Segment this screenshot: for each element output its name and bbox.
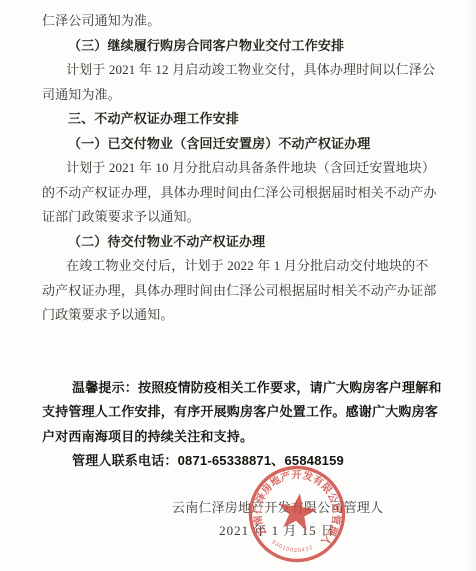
signature-date: 2021 年 1 月 15 日 bbox=[172, 519, 382, 543]
body-line: 动产权证办理，具体办理时间由仁泽公司根据届时相关不动产办证部 bbox=[42, 279, 438, 304]
section-heading-2: （二）待交付物业不动产权证办理 bbox=[42, 230, 438, 255]
signature-block: 云南仁泽房地产开发有限公司管理人 2021 年 1 月 15 日 bbox=[172, 497, 382, 543]
section-heading-1: （一）已交付物业（含回迁安置房）不动产权证办理 bbox=[42, 132, 438, 157]
notice-line: 支持管理人工作安排，有序开展购房客户处置工作。感谢广大购房客 bbox=[42, 400, 438, 425]
body-line: 门政策要求予以通知。 bbox=[42, 303, 438, 328]
section-heading-3: （三）继续履行购房合同客户物业交付工作安排 bbox=[42, 34, 438, 59]
warm-notice-block: 温馨提示：按照疫情防疫相关工作要求，请广大购房客户理解和 支持管理人工作安排，有… bbox=[42, 376, 438, 474]
body-line: 的不动产权证办理，具体办理时间由仁泽公司根据届时相关不动产办 bbox=[42, 181, 438, 206]
body-line: 在竣工物业交付后，计划于 2022 年 1 月分批启动交付地块的不 bbox=[42, 254, 438, 279]
body-line: 计划于 2021 年 12 月启动竣工物业交付，具体办理时间以仁泽公 bbox=[42, 58, 438, 83]
notice-line: 温馨提示：按照疫情防疫相关工作要求，请广大购房客户理解和 bbox=[42, 376, 438, 401]
notice-line: 户对西南海项目的持续关注和支持。 bbox=[42, 425, 438, 450]
body-line: 仁泽公司通知为准。 bbox=[42, 9, 438, 34]
document-body: 仁泽公司通知为准。 （三）继续履行购房合同客户物业交付工作安排 计划于 2021… bbox=[42, 9, 438, 474]
document-page: 仁泽公司通知为准。 （三）继续履行购房合同客户物业交付工作安排 计划于 2021… bbox=[0, 0, 476, 571]
company-signature: 云南仁泽房地产开发有限公司管理人 bbox=[172, 497, 382, 519]
body-line: 证部门政策要求予以通知。 bbox=[42, 205, 438, 230]
body-line: 计划于 2021 年 10 月分批启动具备条件地块（含回迁安置地块） bbox=[42, 156, 438, 181]
chapter-heading-3: 三、不动产权证办理工作安排 bbox=[42, 107, 438, 132]
body-line: 司通知为准。 bbox=[42, 83, 438, 108]
contact-phone-line: 管理人联系电话：0871-65338871、65848159 bbox=[42, 449, 438, 474]
